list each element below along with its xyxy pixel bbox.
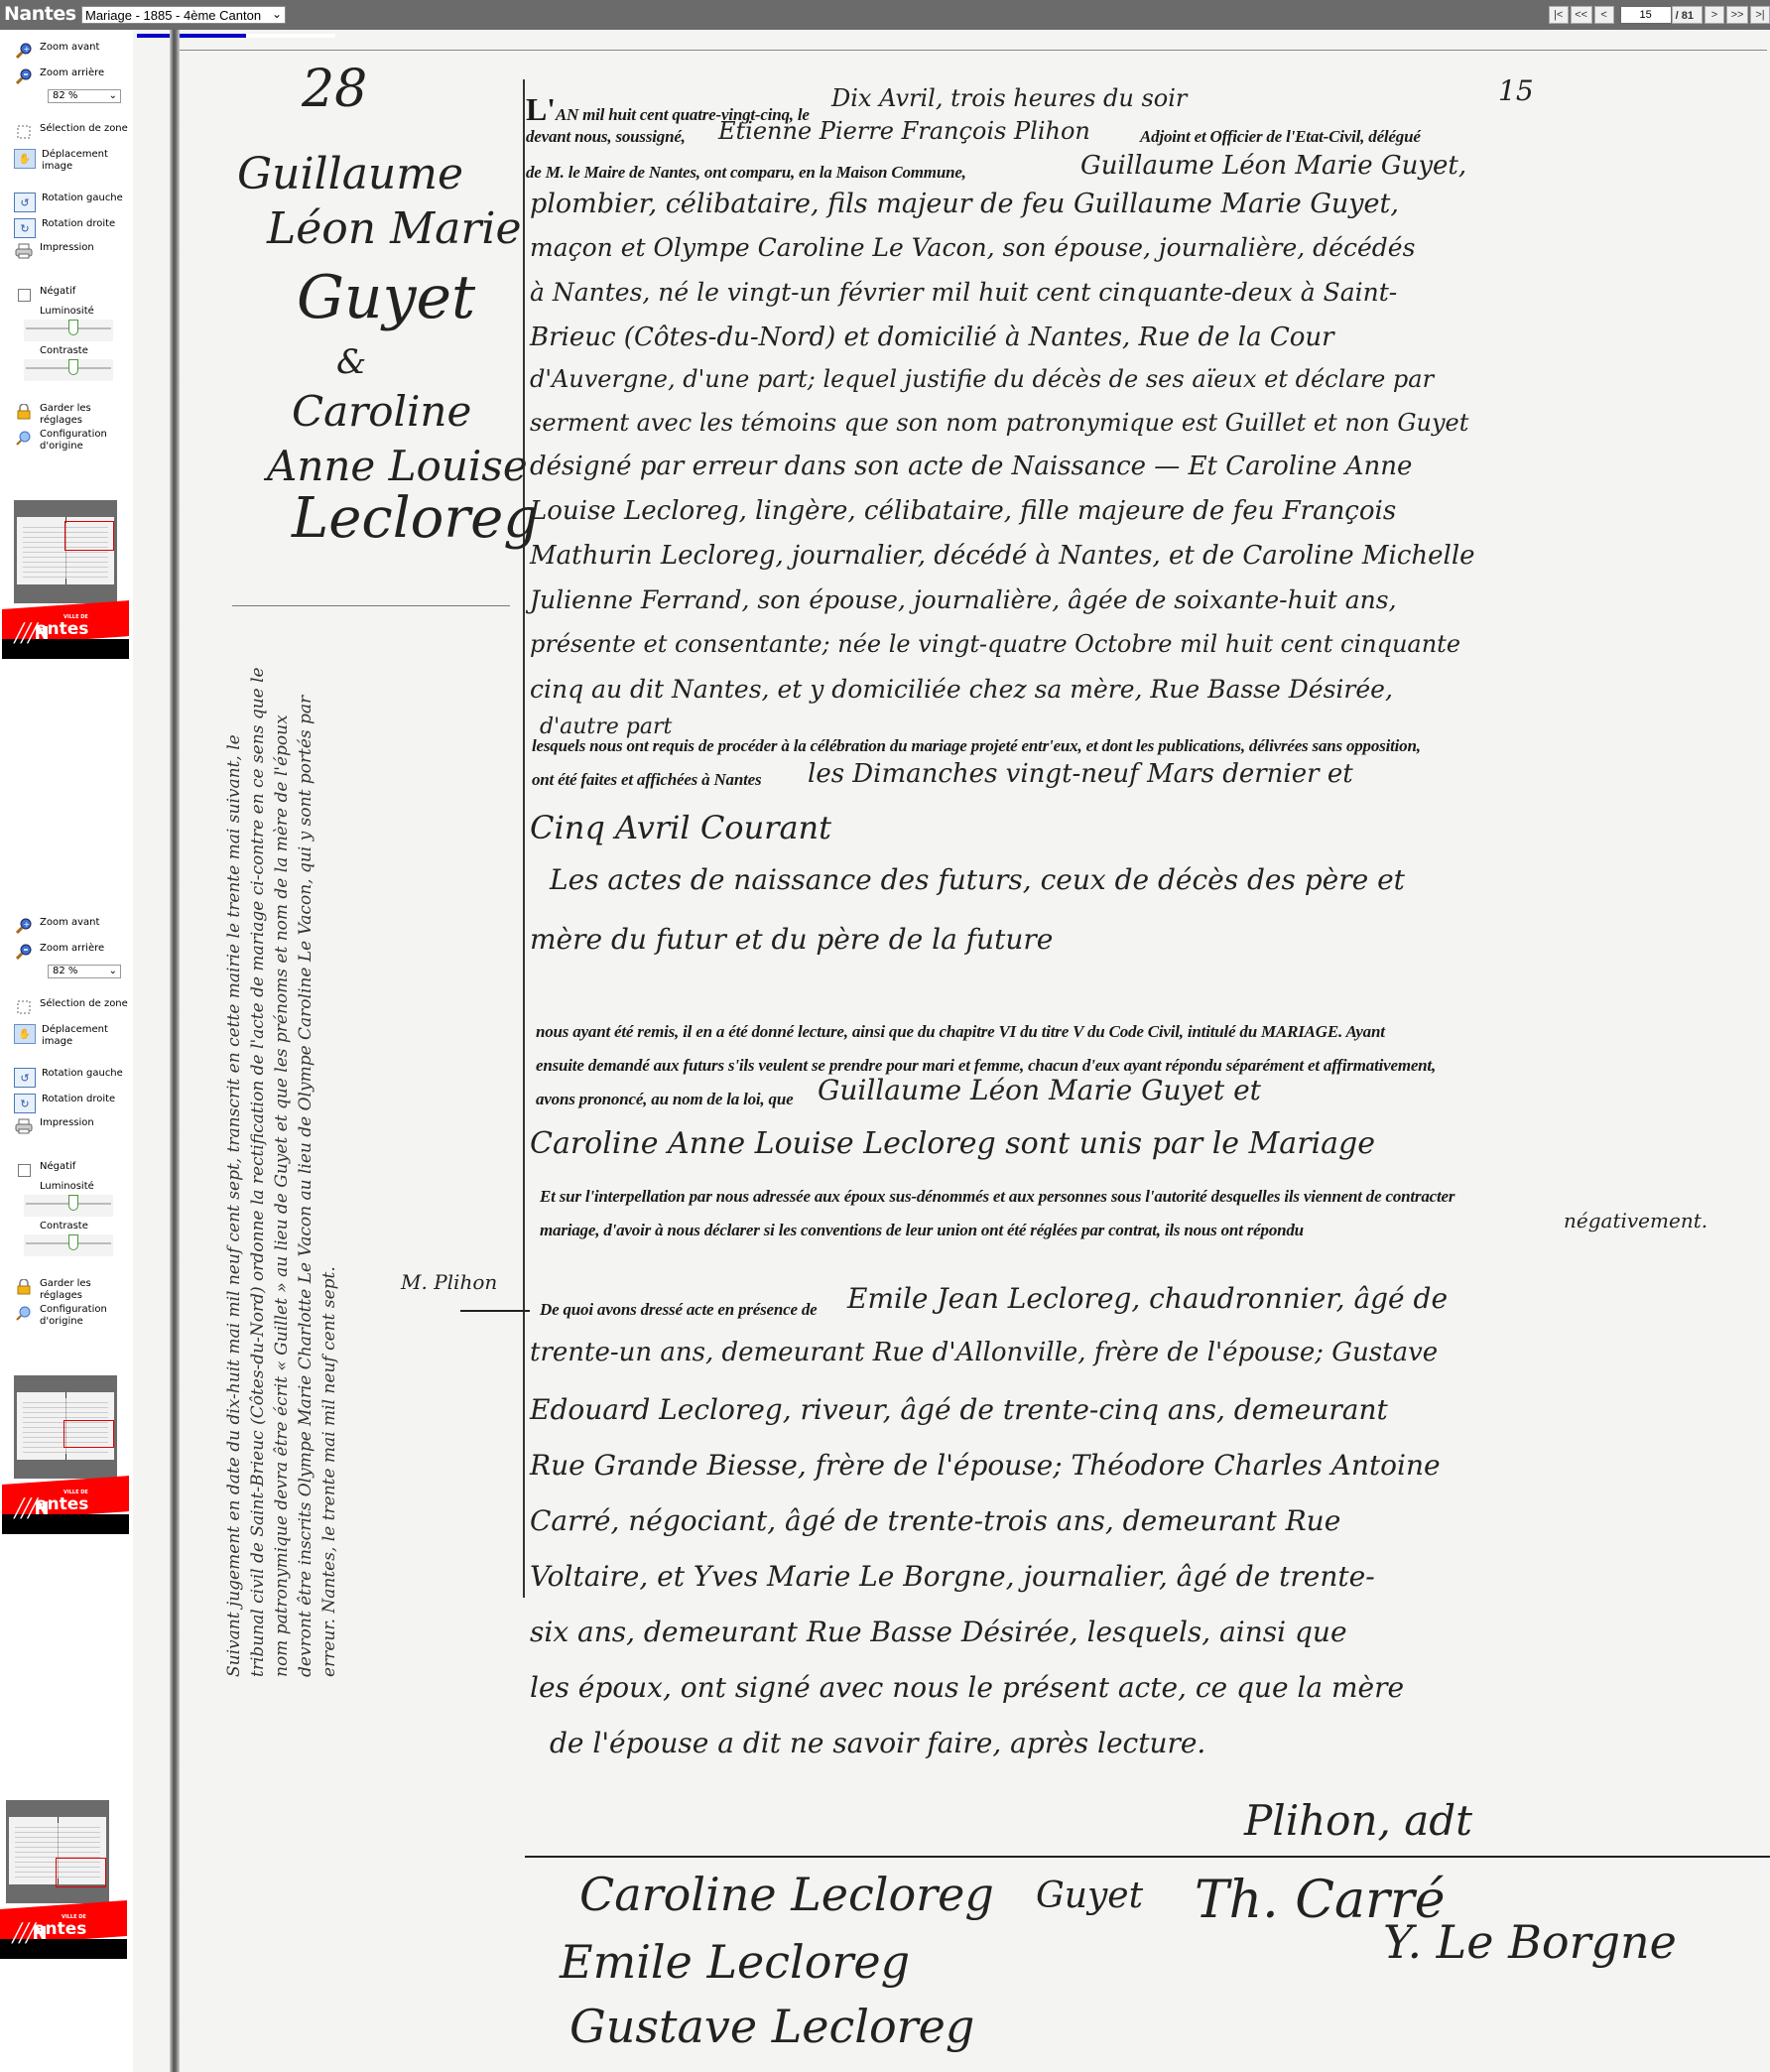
- svg-text:+: +: [24, 45, 31, 54]
- rotate-right-button[interactable]: ↻ Rotation droite: [14, 218, 115, 238]
- signature: Guyet: [1036, 1876, 1143, 1916]
- slider-thumb[interactable]: [68, 320, 78, 335]
- signature: Gustave Lecloreg: [569, 2000, 974, 2053]
- handwritten-line: cinq au dit Nantes, et y domiciliée chez…: [530, 675, 1393, 704]
- handwritten-line: de l'épouse a dit ne savoir faire, après…: [550, 1727, 1205, 1759]
- page-thumbnail-navigator[interactable]: [14, 500, 117, 603]
- reset-settings-button[interactable]: Configuration d'origine: [14, 429, 133, 453]
- zoom-in-icon: +: [14, 917, 34, 935]
- printer-icon: [14, 242, 34, 260]
- handwritten-line: Julienne Ferrand, son épouse, journalièr…: [530, 585, 1397, 614]
- slider-thumb[interactable]: [68, 359, 78, 375]
- document-viewer[interactable]: 28 15 Guillaume Léon Marie Guyet & Carol…: [133, 30, 1770, 2072]
- handwritten-line: Dix Avril, trois heures du soir: [831, 84, 1187, 112]
- ville-de-nantes-logo: ╱╱╱N VILLE DE antes: [2, 609, 129, 661]
- rotate-left-button[interactable]: ↺ Rotation gauche: [14, 193, 123, 212]
- printer-icon: [14, 1117, 34, 1135]
- rotate-right-button[interactable]: ↻ Rotation droite: [14, 1094, 115, 1113]
- printed-line: De quoi avons dressé acte en présence de: [540, 1300, 818, 1320]
- hand-icon: ✋: [14, 149, 36, 169]
- select-zone-button[interactable]: Sélection de zone: [14, 123, 128, 141]
- rotate-right-icon: ↻: [14, 218, 36, 238]
- forward-fast-button[interactable]: >>: [1726, 6, 1748, 24]
- rotate-right-icon: ↻: [14, 1094, 36, 1113]
- folio-number: 15: [1498, 74, 1534, 107]
- lock-icon: [14, 403, 34, 421]
- entry-number: 28: [302, 60, 367, 119]
- chevron-down-icon: ⌄: [109, 966, 117, 977]
- pager: |< << < 15 / 81 > >> >|: [1549, 6, 1770, 24]
- hand-icon: ✋: [14, 1024, 36, 1044]
- signature: Emile Lecloreg: [560, 1935, 910, 1989]
- slider-thumb[interactable]: [68, 1195, 78, 1211]
- handwritten-line: Caroline Anne Louise Lecloreg sont unis …: [530, 1126, 1375, 1161]
- checkbox-icon: [14, 1161, 34, 1179]
- handwritten-line: Brieuc (Côtes-du-Nord) et domicilié à Na…: [530, 323, 1334, 352]
- chevron-down-icon: ⌄: [272, 7, 282, 21]
- signature-rule: [525, 1856, 1770, 1858]
- handwritten-line: les Dimanches vingt-neuf Mars dernier et: [808, 759, 1353, 789]
- selection-icon: [14, 123, 34, 141]
- handwritten-line: négativement.: [1564, 1209, 1707, 1232]
- handwritten-line: maçon et Olympe Caroline Le Vacon, son é…: [530, 233, 1415, 262]
- handwritten-line: Voltaire, et Yves Marie Le Borgne, journ…: [530, 1560, 1375, 1593]
- ville-de-nantes-logo: ╱╱╱N VILLE DE antes: [0, 1909, 127, 1961]
- reset-icon: [14, 1304, 34, 1322]
- margin-signature-rule: [460, 1310, 530, 1312]
- load-progress-fill: [137, 34, 246, 38]
- contrast-label: Contraste: [40, 345, 88, 356]
- handwritten-line: Mathurin Lecloreg, journalier, décédé à …: [530, 541, 1475, 571]
- select-zone-button[interactable]: Sélection de zone: [14, 998, 128, 1016]
- margin-signature: M. Plihon: [401, 1270, 497, 1294]
- svg-text:+: +: [24, 920, 31, 929]
- zoom-in-button[interactable]: + Zoom avant: [14, 917, 99, 935]
- bottom-navigator: ╱╱╱N VILLE DE antes: [0, 1786, 133, 1985]
- ville-de-nantes-logo: ╱╱╱N VILLE DE antes: [2, 1485, 129, 1536]
- officer-signature: Plihon, adt: [1244, 1796, 1472, 1845]
- page-thumbnail-navigator[interactable]: [6, 1800, 109, 1903]
- negative-checkbox[interactable]: Négatif: [14, 286, 75, 304]
- margin-name: &: [336, 342, 366, 382]
- lock-icon: [14, 1278, 34, 1296]
- keep-settings-button[interactable]: Garder les réglages: [14, 1278, 133, 1302]
- register-select[interactable]: Mariage - 1885 - 4ème Canton ⌄: [81, 6, 286, 24]
- handwritten-line: les époux, ont signé avec nous le présen…: [530, 1671, 1404, 1704]
- brightness-label: Luminosité: [40, 306, 94, 317]
- zoom-level-select[interactable]: 82 %⌄: [48, 89, 121, 103]
- handwritten-line: désigné par erreur dans son acte de Nais…: [530, 452, 1412, 481]
- load-progress-bar: [137, 34, 335, 38]
- handwritten-line: six ans, demeurant Rue Basse Désirée, le…: [530, 1616, 1347, 1648]
- rotate-left-icon: ↺: [14, 1068, 36, 1088]
- reset-settings-button[interactable]: Configuration d'origine: [14, 1304, 133, 1328]
- slider-thumb[interactable]: [68, 1234, 78, 1250]
- contrast-label: Contraste: [40, 1221, 88, 1231]
- brand-title: Nantes: [4, 3, 76, 25]
- tool-sidebar-duplicate: + Zoom avant Zoom arrière 82 %⌄ Sélectio…: [0, 905, 133, 1540]
- margin-name: Guillaume: [237, 149, 463, 199]
- page-top-rule: [180, 50, 1767, 51]
- signature: Caroline Lecloreg: [579, 1868, 994, 1921]
- margin-name: Léon Marie: [267, 203, 522, 254]
- margin-name: Anne Louise: [267, 442, 528, 490]
- handwritten-line: Les actes de naissance des futurs, ceux …: [550, 863, 1405, 896]
- rotate-left-button[interactable]: ↺ Rotation gauche: [14, 1068, 123, 1088]
- register-select-value: Mariage - 1885 - 4ème Canton: [85, 8, 261, 23]
- handwritten-line: plombier, célibataire, fils majeur de fe…: [530, 189, 1399, 219]
- chevron-down-icon: ⌄: [109, 90, 117, 102]
- handwritten-line: présente et consentante; née le vingt-qu…: [530, 630, 1460, 658]
- reset-icon: [14, 429, 34, 447]
- last-page-button[interactable]: >|: [1750, 6, 1770, 24]
- handwritten-line: Edouard Lecloreg, riveur, âgé de trente-…: [530, 1393, 1388, 1426]
- previous-page-button[interactable]: <: [1594, 6, 1614, 24]
- zoom-out-icon: [14, 943, 34, 961]
- handwritten-line: Etienne Pierre François Plihon: [718, 117, 1090, 145]
- print-button[interactable]: Impression: [14, 242, 94, 260]
- zoom-in-icon: +: [14, 42, 34, 60]
- selection-icon: [14, 998, 34, 1016]
- printed-line: Et sur l'interpellation par nous adressé…: [540, 1187, 1454, 1207]
- zoom-out-button[interactable]: Zoom arrière: [14, 67, 104, 85]
- keep-settings-button[interactable]: Garder les réglages: [14, 403, 133, 427]
- brightness-slider[interactable]: [24, 320, 113, 341]
- handwritten-line: à Nantes, né le vingt-un février mil hui…: [530, 278, 1397, 307]
- margin-name: Guyet: [297, 263, 475, 332]
- page-binding-gutter: [170, 30, 180, 2072]
- negative-checkbox[interactable]: Négatif: [14, 1161, 75, 1179]
- zoom-level-select[interactable]: 82 %⌄: [48, 965, 121, 978]
- tool-sidebar: + Zoom avant Zoom arrière 82 %⌄ Sélectio…: [0, 30, 133, 665]
- brightness-label: Luminosité: [40, 1181, 94, 1192]
- printed-line: devant nous, soussigné,: [526, 127, 686, 147]
- printed-line: nous ayant été remis, il en a été donné …: [536, 1022, 1385, 1042]
- first-page-button[interactable]: |<: [1549, 6, 1569, 24]
- handwritten-line: mère du futur et du père de la future: [530, 923, 1053, 956]
- page-thumbnail-navigator[interactable]: [14, 1375, 117, 1479]
- page-total: / 81: [1672, 6, 1703, 24]
- printed-line: ont été faites et affichées à Nantes: [532, 770, 761, 790]
- contrast-slider[interactable]: [24, 359, 113, 381]
- checkbox-icon: [14, 286, 34, 304]
- printed-line: Adjoint et Officier de l'Etat-Civil, dél…: [1140, 127, 1421, 147]
- next-page-button[interactable]: >: [1705, 6, 1724, 24]
- printed-line: lesquels nous ont requis de procéder à l…: [532, 736, 1421, 756]
- move-image-button[interactable]: ✋ Déplacement image: [14, 149, 133, 173]
- top-bar: Nantes Mariage - 1885 - 4ème Canton ⌄ |<…: [0, 0, 1770, 30]
- handwritten-line: d'Auvergne, d'une part; lequel justifie …: [530, 365, 1434, 393]
- viewport-frame[interactable]: [56, 1858, 106, 1887]
- margin-annotation: Suivant jugement en date du dix-huit mai…: [222, 665, 341, 1677]
- contrast-slider[interactable]: [24, 1234, 113, 1256]
- handwritten-line: trente-un ans, demeurant Rue d'Allonvill…: [530, 1338, 1438, 1367]
- viewport-frame[interactable]: [63, 1420, 114, 1448]
- print-button[interactable]: Impression: [14, 1117, 94, 1135]
- handwritten-line: Guillaume Léon Marie Guyet,: [1080, 151, 1466, 181]
- margin-column-rule: [523, 79, 525, 1598]
- page-number-input[interactable]: 15: [1620, 6, 1672, 24]
- rotate-left-icon: ↺: [14, 193, 36, 212]
- handwritten-line: Carré, négociant, âgé de trente-trois an…: [530, 1504, 1340, 1537]
- margin-name: Lecloreg: [292, 486, 539, 551]
- handwritten-line: serment avec les témoins que son nom pat…: [530, 409, 1468, 437]
- margin-divider: [232, 605, 510, 606]
- handwritten-line: Rue Grande Biesse, frère de l'épouse; Th…: [530, 1449, 1441, 1482]
- handwritten-line: Emile Jean Lecloreg, chaudronnier, âgé d…: [847, 1282, 1448, 1315]
- viewport-frame[interactable]: [64, 521, 114, 551]
- signature: Y. Le Borgne: [1383, 1915, 1677, 1969]
- printed-line: ensuite demandé aux futurs s'ils veulent…: [536, 1056, 1436, 1076]
- zoom-out-icon: [14, 67, 34, 85]
- handwritten-line: Louise Lecloreg, lingère, célibataire, f…: [530, 496, 1396, 526]
- zoom-out-button[interactable]: Zoom arrière: [14, 943, 104, 961]
- move-image-button[interactable]: ✋ Déplacement image: [14, 1024, 133, 1048]
- handwritten-line: Cinq Avril Courant: [530, 809, 831, 846]
- back-fast-button[interactable]: <<: [1571, 6, 1592, 24]
- printed-line: avons prononcé, au nom de la loi, que: [536, 1090, 793, 1109]
- margin-name: Caroline: [292, 387, 471, 436]
- printed-line: mariage, d'avoir à nous déclarer si les …: [540, 1221, 1304, 1240]
- printed-line: de M. le Maire de Nantes, ont comparu, e…: [526, 163, 966, 183]
- brightness-slider[interactable]: [24, 1195, 113, 1217]
- zoom-in-button[interactable]: + Zoom avant: [14, 42, 99, 60]
- handwritten-line: Guillaume Léon Marie Guyet et: [818, 1074, 1261, 1106]
